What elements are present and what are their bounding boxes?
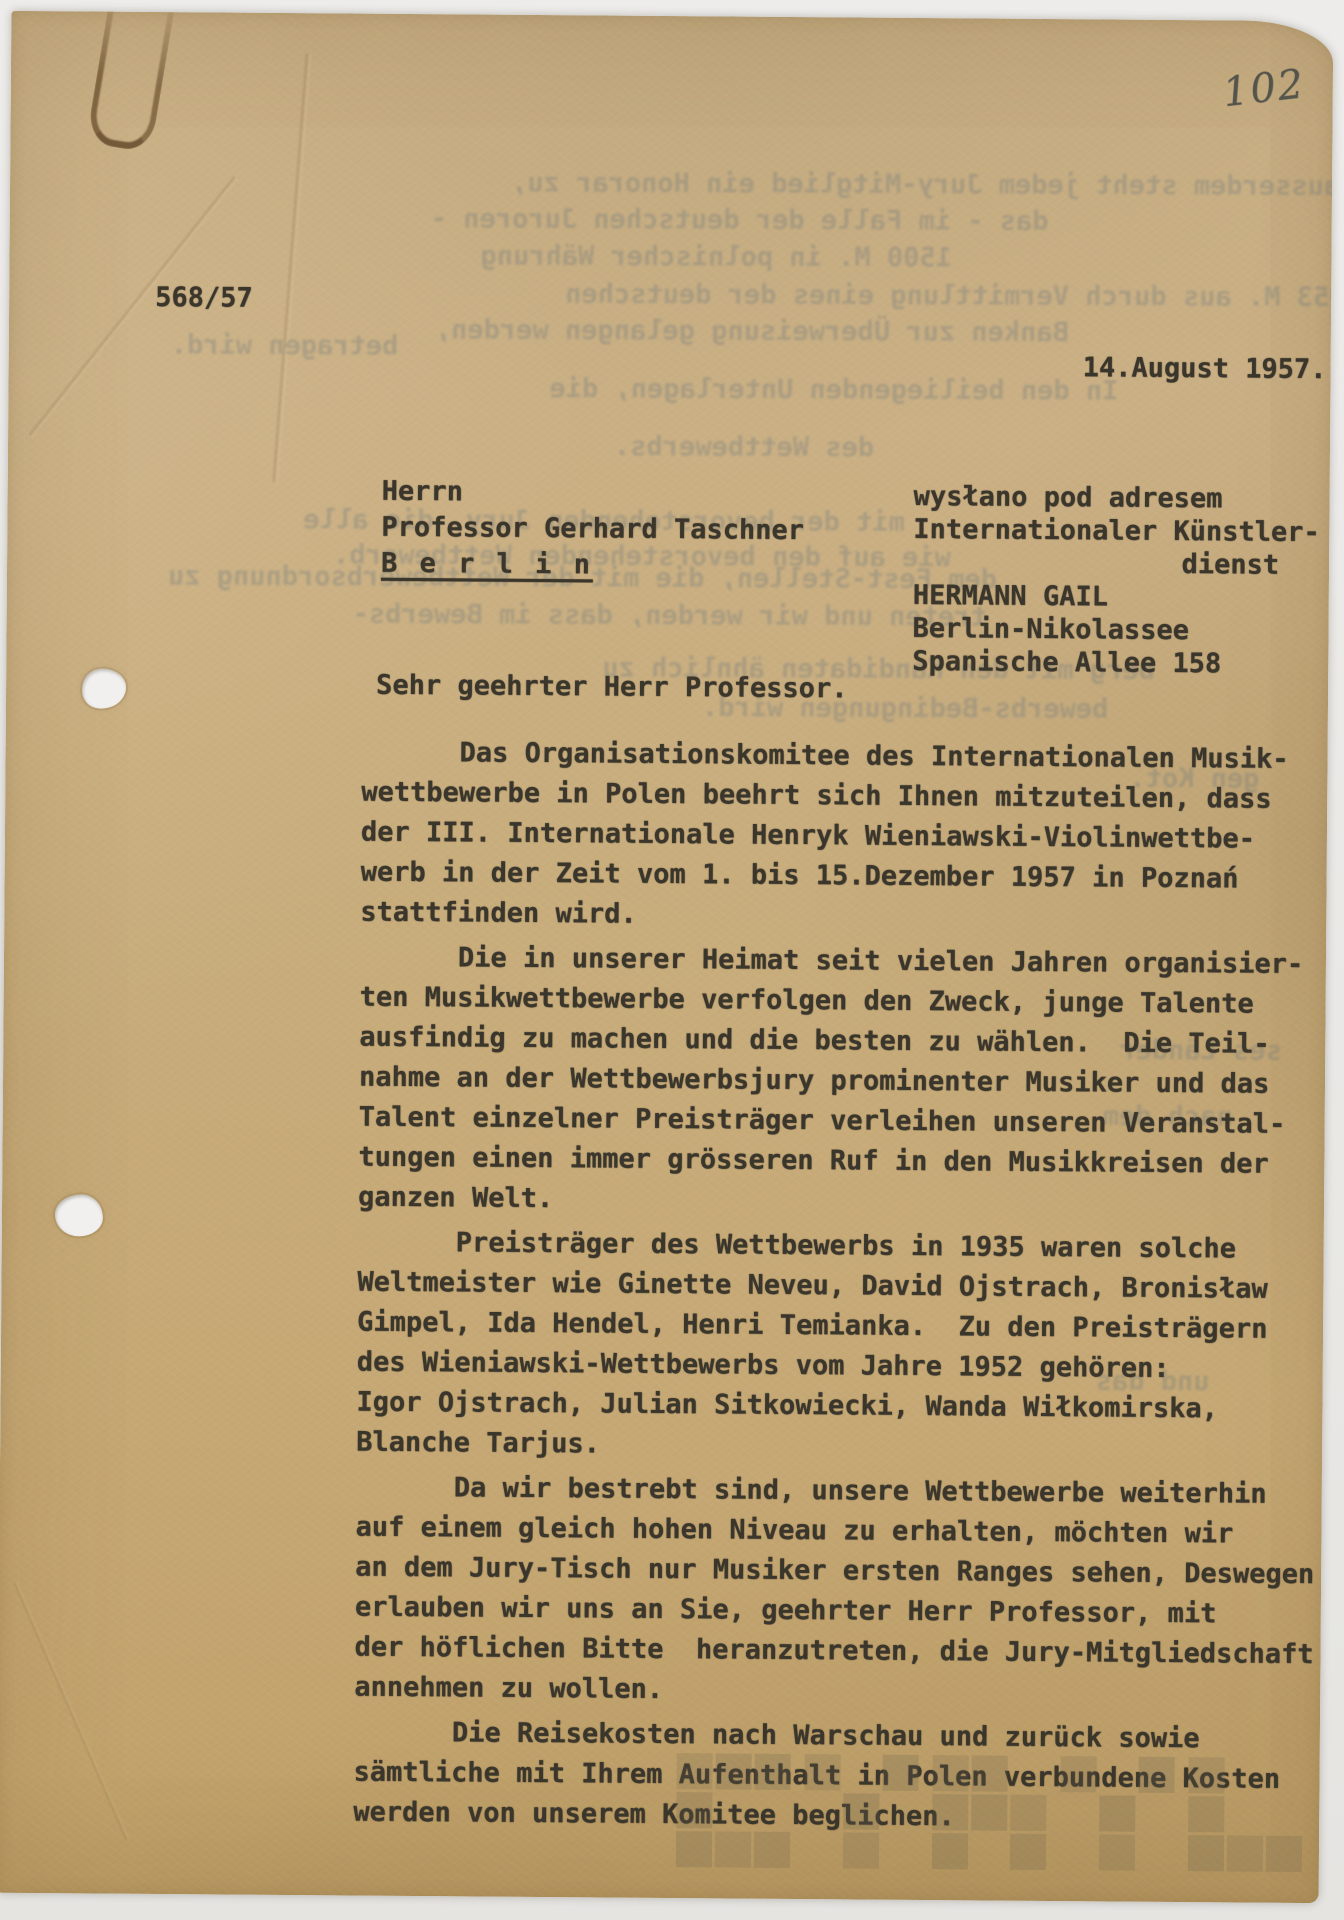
bleedthrough-line: 1953 M. aus durch Vermittlung eines der … [565, 278, 1333, 315]
watermark-tile [1099, 1834, 1135, 1870]
watermark-tile [843, 1832, 879, 1868]
watermark-tile [932, 1794, 968, 1830]
watermark-tile [971, 1794, 1007, 1830]
bleedthrough-line: betragen wird. [171, 328, 399, 363]
watermark-tile [932, 1833, 968, 1869]
watermark-tile [971, 1755, 1007, 1791]
paragraph: Die in unserer Heimat seit vielen Jahren… [358, 938, 1319, 1226]
bleedthrough-line: das - im Falle der deutschen Juroren - [431, 202, 1049, 239]
typewritten-line: Internationaler Künstler- [913, 513, 1325, 549]
bleedthrough-line: treten und wir werden, dass im Bewerbs- [353, 598, 987, 635]
salutation: Sehr geehrter Herr Professor. [376, 666, 848, 710]
watermark-tile [754, 1832, 790, 1868]
typewritten-line: stattfinden wird. [360, 893, 1319, 941]
paper-crease [271, 53, 313, 482]
paper-sheet: ausserdem steht jedem Jury-Mitglied ein … [0, 11, 1333, 1903]
watermark-tile [1188, 1757, 1224, 1793]
bleedthrough-line: Banken zur Überweisung gelangen werden, [435, 313, 1069, 350]
typewritten-line: Berlin-Nikolassee [912, 612, 1324, 648]
typewritten-line: Blanche Tarjus. [356, 1423, 1315, 1471]
typewritten-line: dienst [913, 546, 1325, 582]
watermark-tile [676, 1792, 712, 1828]
watermark-tile [1010, 1795, 1046, 1831]
bleedthrough-line: des Wettbewerbs. [614, 430, 874, 465]
watermark-tile [754, 1754, 790, 1790]
scanned-letter-page: ausserdem steht jedem Jury-Mitglied ein … [0, 0, 1344, 1920]
watermark-tile [715, 1831, 751, 1867]
punch-hole [55, 1194, 103, 1236]
letter-date: 14.August 1957. [1082, 348, 1326, 390]
typewritten-line: annehmen zu wollen. [354, 1668, 1313, 1716]
watermark-tile [676, 1831, 712, 1867]
watermark-tile [1227, 1835, 1263, 1871]
watermark-tile [676, 1753, 712, 1789]
typewritten-line: HERMANN GAIL [913, 579, 1325, 615]
typewritten-line: Professor Gerhard Taschner [381, 510, 804, 549]
watermark-tile [715, 1753, 751, 1789]
watermark-tile [804, 1754, 840, 1790]
punch-hole [82, 668, 126, 708]
bleedthrough-text-layer: ausserdem steht jedem Jury-Mitglied ein … [11, 11, 1333, 21]
watermark-tile [1010, 1834, 1046, 1870]
paragraph: Das Organisationskomitee des Internation… [360, 733, 1321, 941]
watermark-tile [882, 1755, 918, 1791]
watermark-tile [1060, 1756, 1096, 1792]
typewritten-line: B e r l i n [381, 546, 804, 585]
watermark-tile [1188, 1835, 1224, 1871]
paragraph: Preisträger des Wettbewerbs in 1935 ware… [356, 1223, 1317, 1471]
watermark-tile [1266, 1836, 1302, 1872]
watermark-tile [1138, 1757, 1174, 1793]
watermark-tile [1188, 1796, 1224, 1832]
typewritten-line: ganzen Welt. [358, 1178, 1317, 1226]
letter-body: Das Organisationskomitee des Internation… [353, 733, 1321, 1840]
watermark-tile [843, 1793, 879, 1829]
bleedthrough-line: ausserdem steht jedem Jury-Mitglied ein … [511, 166, 1333, 204]
paper-crease [12, 1582, 130, 1841]
archive-watermark [676, 1753, 1307, 1872]
watermark-tile [1099, 1795, 1135, 1831]
reference-number: 568/57 [155, 278, 253, 319]
paperclip-imprint [86, 11, 175, 153]
dispatch-address-block: wysłano pod adresemInternationaler Künst… [912, 480, 1326, 681]
recipient-address-block: HerrnProfessor Gerhard TaschnerB e r l i… [381, 474, 804, 585]
watermark-tile [932, 1755, 968, 1791]
bleedthrough-line: In den beiliegenden Unterlagen, die [549, 372, 1118, 408]
handwritten-page-number: 102 [1221, 64, 1307, 113]
bleedthrough-line: 1500 M. in polnischer Währung [480, 239, 952, 275]
typewritten-line: Spanische Allee 158 [912, 645, 1324, 681]
typewritten-line: Herrn [382, 474, 805, 513]
paragraph: Da wir bestrebt sind, unsere Wettbewerbe… [354, 1468, 1315, 1716]
typewritten-line: wysłano pod adresem [913, 480, 1325, 516]
